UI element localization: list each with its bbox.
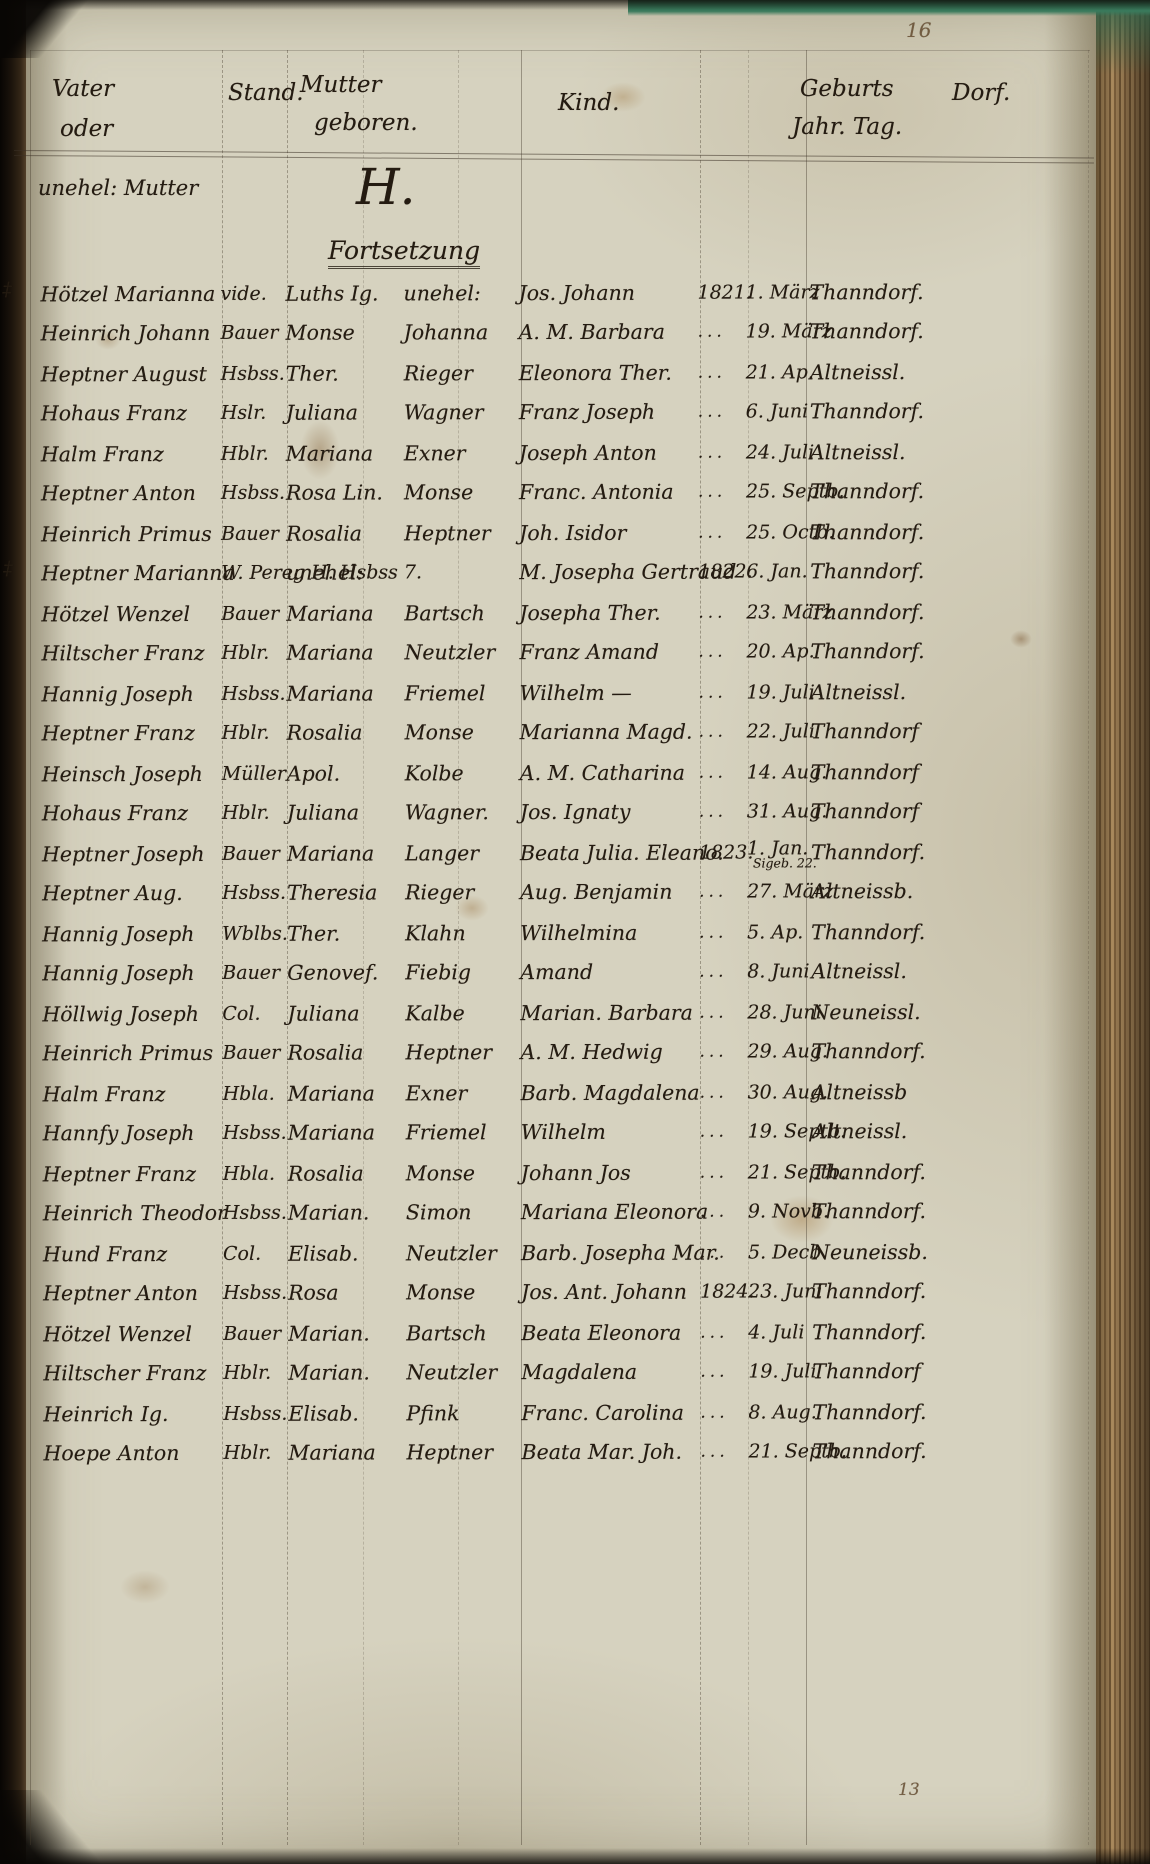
register-row: Hannfy Joseph Hsbss. Mariana Friemel Wil…: [31, 1111, 1093, 1154]
mother-surname: unehel:: [403, 281, 518, 305]
birth-day-text: 25. Septb.: [746, 480, 845, 502]
register-row: Hohaus Franz Hslr. Juliana Wagner Franz …: [29, 391, 1091, 434]
birth-day-text: 9. Novb.: [748, 1200, 829, 1222]
father-name: Hötzel Marianna: [28, 282, 220, 307]
register-row: Hannig Joseph Bauer Genovef. Fiebig Aman…: [30, 951, 1092, 994]
father-name: Heptner Marianna: [29, 561, 221, 586]
father-name: Heptner August: [29, 362, 221, 387]
mother-surname: Neutzler: [404, 640, 519, 664]
village-name: Thanndorf.: [805, 840, 1092, 865]
status-abbreviation: Müller: [222, 763, 287, 785]
birth-day: 21. Septb.: [748, 1161, 806, 1183]
birth-year: ...: [698, 322, 746, 342]
birth-day-text: 5. Decb.: [748, 1241, 828, 1263]
child-name: Barb. Josepha Mar.: [521, 1241, 700, 1265]
margin-mark: ‡: [3, 557, 13, 579]
child-name: Wilhelm: [521, 1120, 700, 1144]
father-name: Halm Franz: [31, 1082, 223, 1107]
mother-surname: Monse: [406, 1280, 521, 1304]
status-abbreviation: Hsbss.: [223, 1403, 288, 1425]
father-name: Hannig Joseph: [30, 682, 222, 707]
birth-year: 1822.: [698, 561, 746, 583]
birth-year: ...: [698, 482, 746, 502]
birth-day-text: 19. Juli: [747, 681, 815, 703]
birth-day: 8. Juni: [747, 960, 805, 982]
mother-surname: Bartsch: [404, 601, 519, 625]
mother-given-name: Juliana: [287, 1001, 405, 1025]
birth-year: ...: [700, 1442, 748, 1462]
birth-year: ...: [700, 1083, 748, 1103]
status-abbreviation: Hsbss.: [221, 363, 286, 385]
mother-given-name: Theresia: [287, 880, 405, 904]
birth-day-note: Sigeb. 22.: [753, 859, 805, 867]
birth-day: 8. Aug.: [748, 1401, 806, 1423]
birth-day-text: 1. März: [745, 281, 819, 303]
mother-surname: Neutzler: [406, 1360, 521, 1384]
father-name: Hötzel Wenzel: [31, 1322, 223, 1347]
status-abbreviation: Hblr.: [223, 1362, 288, 1384]
father-name: Höllwig Joseph: [30, 1002, 222, 1027]
status-abbreviation: Hblr.: [221, 443, 286, 465]
birth-day-text: 20. Ap.: [746, 640, 814, 662]
mother-given-name: Elisab.: [288, 1241, 406, 1265]
child-name: Wilhelm —: [520, 681, 699, 705]
mother-surname: Wagner: [404, 400, 519, 424]
birth-day-text: 21. Septb.: [748, 1161, 847, 1183]
birth-year: 1824.: [700, 1281, 748, 1303]
birth-year: 1821.: [697, 282, 745, 304]
birth-day-text: 30. Aug.: [748, 1081, 828, 1103]
register-row: Heinrich Theodor Hsbss. Marian. Simon Ma…: [31, 1191, 1093, 1234]
birth-day-text: 24. Juli: [746, 441, 814, 463]
father-name: Hiltscher Franz: [29, 641, 221, 666]
child-name: A. M. Catharina: [520, 761, 699, 785]
mother-given-name: Mariana: [288, 1440, 406, 1464]
birth-day: 1. März: [745, 281, 803, 303]
mother-given-name: Rosalia: [288, 1161, 406, 1185]
status-abbreviation: Hblr.: [221, 642, 286, 664]
register-row: ‡ Hötzel Marianna vide. Luths Ig. unehel…: [28, 272, 1090, 315]
birth-year: ...: [699, 1003, 747, 1023]
birth-day: 4. Juli: [748, 1321, 806, 1343]
birth-day: 28. Juni: [747, 1001, 805, 1023]
birth-year: ...: [699, 722, 747, 742]
birth-year: ...: [699, 1042, 747, 1062]
mother-surname: Kolbe: [405, 761, 520, 785]
status-abbreviation: Bauer: [221, 523, 286, 545]
mother-given-name: Mariana: [286, 640, 404, 664]
birth-day-text: 19. Septb.: [748, 1120, 847, 1142]
mother-given-name: Monse: [286, 320, 404, 344]
birth-year: 1823.: [699, 842, 747, 864]
village-name: Thanndorf.: [804, 520, 1091, 545]
child-name: Beata Eleonora: [521, 1321, 700, 1345]
village-name: Thanndorf: [805, 719, 1092, 744]
mother-given-name: Marian.: [288, 1200, 406, 1224]
father-name: Heinrich Primus: [29, 522, 221, 547]
birth-day: 31. Aug.: [747, 800, 805, 822]
mother-surname: Fiebig: [405, 960, 520, 984]
column-header-mother-line2: geboren.: [314, 110, 418, 136]
birth-year: ...: [699, 683, 747, 703]
village-name: Altneissl.: [805, 959, 1092, 984]
register-row: Heinrich Primus Bauer Rosalia Heptner Jo…: [29, 512, 1091, 555]
birth-year: ...: [700, 1362, 748, 1382]
mother-surname: Friemel: [405, 681, 520, 705]
village-name: Thanndorf.: [804, 399, 1091, 424]
register-row: Hiltscher Franz Hblr. Mariana Neutzler F…: [29, 631, 1091, 674]
village-name: Thanndorf: [805, 799, 1092, 824]
birth-day-text: 31. Aug.: [747, 800, 827, 822]
birth-day: 14. Aug.: [747, 761, 805, 783]
register-row: ‡ Heptner Marianna W. Pereg H. Hsbss 7. …: [29, 551, 1091, 594]
status-abbreviation: Bauer: [222, 962, 287, 984]
margin-note: unehel: Mutter: [38, 176, 198, 200]
child-name: Joseph Anton: [519, 441, 698, 465]
birth-year: ...: [700, 1163, 748, 1183]
mother-surname: Neutzler: [406, 1241, 521, 1265]
birth-day: 19. Septb.: [748, 1120, 806, 1142]
child-name: Josepha Ther.: [519, 601, 698, 625]
register-row: Heptner Franz Hbla. Rosalia Monse Johann…: [31, 1152, 1093, 1195]
mother-surname: Monse: [404, 480, 519, 504]
mother-surname: Heptner: [404, 521, 519, 545]
mother-surname: Monse: [406, 1161, 521, 1185]
father-name: Hötzel Wenzel: [29, 602, 221, 627]
village-name: Thanndorf.: [806, 1279, 1093, 1304]
father-name: Hohaus Franz: [30, 801, 222, 826]
father-name: Heptner Anton: [31, 1281, 223, 1306]
birth-day: 25. Septb.: [746, 480, 804, 502]
birth-day: 6. Jan.: [746, 560, 804, 582]
child-name: Wilhelmina: [520, 921, 699, 945]
top-ruling: [30, 50, 1090, 51]
father-name: Heptner Franz: [30, 721, 222, 746]
village-name: Thanndorf.: [805, 920, 1092, 945]
child-name: Eleonora Ther.: [519, 361, 698, 385]
village-name: Thanndorf.: [804, 559, 1091, 584]
register-row: Hohaus Franz Hblr. Juliana Wagner. Jos. …: [30, 791, 1092, 834]
mother-given-name: Apol.: [287, 761, 405, 785]
child-name: Beata Julia. Eleano.: [520, 841, 699, 865]
status-abbreviation: Hbla.: [223, 1083, 288, 1105]
mother-given-name: Mariana: [288, 1081, 406, 1105]
status-abbreviation: Hsbss.: [223, 1282, 288, 1304]
village-name: Thanndorf.: [806, 1400, 1093, 1425]
register-rows: ‡ Hötzel Marianna vide. Luths Ig. unehel…: [28, 271, 1093, 1474]
birth-day-text: 23. Juni: [748, 1280, 822, 1302]
village-name: Thanndorf: [806, 1359, 1093, 1384]
mother-given-name: Rosalia: [287, 720, 405, 744]
register-row: Heptner August Hsbss. Ther. Rieger Eleon…: [29, 352, 1091, 395]
mother-surname: Rieger: [404, 361, 519, 385]
mother-given-name: Ther.: [287, 921, 405, 945]
birth-day-text: 19. März: [746, 320, 832, 342]
column-header-mother-line1: Mutter: [300, 72, 381, 98]
mother-given-name: Mariana: [287, 841, 405, 865]
birth-day-text: 21. Ap.: [746, 361, 814, 383]
birth-day-text: 8. Juni: [747, 960, 809, 982]
village-name: Thanndorf.: [803, 280, 1090, 305]
village-name: Altneissl.: [804, 440, 1091, 465]
status-abbreviation: Col.: [223, 1243, 288, 1265]
birth-year: ...: [699, 923, 747, 943]
register-row: Heptner Anton Hsbss. Rosa Monse Jos. Ant…: [31, 1271, 1093, 1314]
status-abbreviation: Hblr.: [223, 1442, 288, 1464]
child-name: Joh. Isidor: [519, 521, 698, 545]
child-name: Beata Mar. Joh.: [521, 1440, 700, 1464]
birth-day-text: 8. Aug.: [748, 1401, 816, 1423]
register-row: Heptner Aug. Hsbss. Theresia Rieger Aug.…: [30, 871, 1092, 914]
father-name: Hannig Joseph: [30, 961, 222, 986]
status-abbreviation: Hsbss.: [222, 683, 287, 705]
birth-day-text: 19. Juli: [748, 1360, 816, 1382]
mother-given-name: Mariana: [288, 1120, 406, 1144]
birth-day-text: 28. Juni: [747, 1001, 821, 1023]
status-abbreviation: Hbla.: [223, 1163, 288, 1185]
birth-day: 1. Jan.Sigeb. 22.: [747, 837, 805, 867]
bottom-edge-shadow: [0, 1848, 1150, 1864]
village-name: Thanndorf.: [805, 1039, 1092, 1064]
father-name: Hoepe Anton: [31, 1441, 223, 1466]
register-row: Heinsch Joseph Müller Apol. Kolbe A. M. …: [30, 752, 1092, 795]
birth-day: 20. Ap.: [746, 640, 804, 662]
status-abbreviation: Bauer: [222, 1042, 287, 1064]
father-name: Hund Franz: [31, 1242, 223, 1267]
mother-surname: Exner: [404, 441, 519, 465]
mother-surname: Heptner: [405, 1040, 520, 1064]
mother-given-name: Juliana: [287, 800, 405, 824]
mother-surname: Kalbe: [405, 1001, 520, 1025]
child-name: Jos. Ant. Johann: [521, 1280, 700, 1304]
village-name: Thanndorf.: [806, 1199, 1093, 1224]
birth-day: 30. Aug.: [748, 1081, 806, 1103]
status-abbreviation: Bauer: [223, 1323, 288, 1345]
mother-given-name: Rosa Lin.: [286, 480, 404, 504]
birth-year: ...: [700, 1202, 748, 1222]
scanned-register-page: Vater oder Stand. Mutter geboren. Kind. …: [0, 0, 1150, 1864]
register-row: Hannig Joseph Wblbs. Ther. Klahn Wilhelm…: [30, 912, 1092, 955]
mother-surname: Pfink: [406, 1401, 521, 1425]
village-name: Altneissb.: [805, 879, 1092, 904]
village-name: Altneissb: [806, 1080, 1093, 1105]
birth-day: 6. Juni: [746, 400, 804, 422]
birth-day-text: 27. März: [747, 880, 833, 902]
birth-day-text: 29. Aug.: [747, 1040, 827, 1062]
register-row: Hannig Joseph Hsbss. Mariana Friemel Wil…: [29, 672, 1091, 715]
register-row: Heinrich Primus Bauer Rosalia Heptner A.…: [30, 1031, 1092, 1074]
page-number: 16: [906, 18, 931, 42]
mother-given-name: Elisab.: [288, 1401, 406, 1425]
status-abbreviation: Bauer: [222, 843, 287, 865]
mother-surname: Bartsch: [406, 1321, 521, 1345]
register-row: Heptner Joseph Bauer Mariana Langer Beat…: [30, 832, 1092, 875]
status-abbreviation: Hsbss.: [222, 882, 287, 904]
mother-surname: Monse: [405, 720, 520, 744]
village-name: Neuneissb.: [806, 1240, 1093, 1265]
mother-given-name: Marian.: [288, 1321, 406, 1345]
child-name: Franz Joseph: [519, 400, 698, 424]
village-name: Thanndorf.: [804, 600, 1091, 625]
birth-year: ...: [700, 1122, 748, 1142]
birth-day-text: 6. Jan.: [746, 560, 807, 582]
child-name: A. M. Hedwig: [520, 1040, 699, 1064]
register-row: Hötzel Wenzel Bauer Marian. Bartsch Beat…: [31, 1312, 1093, 1355]
birth-day-text: 23. März: [746, 601, 832, 623]
top-edge-shadow: [0, 0, 1150, 10]
birth-day: 21. Ap.: [746, 361, 804, 383]
village-name: Altneissl.: [804, 360, 1091, 385]
margin-mark: ‡: [2, 278, 12, 300]
birth-day-text: 5. Ap.: [747, 921, 803, 943]
mother-given-name: Marian.: [288, 1360, 406, 1384]
father-name: Heptner Joseph: [30, 842, 222, 867]
birth-year: ...: [698, 603, 746, 623]
page-edges: [1096, 0, 1150, 1864]
status-abbreviation: Hsbss.: [223, 1202, 288, 1224]
child-name: Mariana Eleonora: [521, 1200, 700, 1224]
status-abbreviation: Col.: [222, 1003, 287, 1025]
birth-day: 29. Aug.: [747, 1040, 805, 1062]
mother-surname: Rieger: [405, 880, 520, 904]
birth-year: ...: [698, 402, 746, 422]
child-name: Jos. Johann: [518, 281, 697, 305]
father-name: Heptner Aug.: [30, 881, 222, 906]
mother-surname: Johanna: [404, 320, 519, 344]
birth-day-text: 14. Aug.: [747, 761, 827, 783]
birth-day: 23. März: [746, 601, 804, 623]
status-abbreviation: Hblr.: [222, 722, 287, 744]
father-name: Halm Franz: [29, 442, 221, 467]
mother-surname: Wagner.: [405, 800, 520, 824]
birth-day: 23. Juni: [748, 1280, 806, 1302]
birth-day-text: 4. Juli: [748, 1321, 804, 1343]
village-name: Altneissl.: [806, 1119, 1093, 1144]
mother-surname: Heptner: [406, 1440, 521, 1464]
birth-day: 21. Septb.: [748, 1440, 806, 1462]
register-row: Hund Franz Col. Elisab. Neutzler Barb. J…: [31, 1232, 1093, 1275]
child-name: M. Josepha Gertraud: [519, 560, 698, 584]
section-letter: H.: [356, 158, 416, 216]
birth-day-text: 22. Juli: [747, 720, 815, 742]
column-header-child: Kind.: [558, 90, 619, 116]
mother-surname: Simon: [406, 1200, 521, 1224]
village-name: Altneissl.: [804, 680, 1091, 705]
child-name: Amand: [520, 960, 699, 984]
child-name: Jos. Ignaty: [520, 800, 699, 824]
child-name: Franc. Antonia: [519, 480, 698, 504]
child-name: Johann Jos: [521, 1161, 700, 1185]
child-name: Franz Amand: [519, 640, 698, 664]
birth-year: ...: [699, 802, 747, 822]
birth-day-text: 6. Juni: [746, 400, 808, 422]
village-name: Neuneissl.: [805, 1000, 1092, 1025]
column-header-birth-line2: Jahr. Tag.: [792, 114, 902, 140]
birth-day: 5. Ap.: [747, 921, 805, 943]
register-row: Hoepe Anton Hblr. Mariana Heptner Beata …: [31, 1431, 1093, 1474]
page-corner-shadow: [0, 1790, 110, 1864]
child-name: Marian. Barbara: [520, 1001, 699, 1025]
village-name: Thanndorf.: [806, 1320, 1093, 1345]
register-row: Heinrich Johann Bauer Monse Johanna A. M…: [29, 311, 1091, 354]
mother-given-name: Rosalia: [287, 1040, 405, 1064]
register-row: Halm Franz Hbla. Mariana Exner Barb. Mag…: [31, 1072, 1093, 1115]
birth-day: 9. Novb.: [748, 1200, 806, 1222]
status-abbreviation: Wblbs.: [222, 923, 287, 945]
column-header-father-line1: Vater: [52, 76, 114, 102]
birth-day: 19. Juli: [747, 681, 805, 703]
child-name: Marianna Magd.: [520, 720, 699, 744]
birth-day-text: 21. Septb.: [748, 1440, 847, 1462]
village-name: Thanndorf.: [804, 639, 1091, 664]
father-name: Heptner Anton: [29, 481, 221, 506]
village-name: Thanndorf.: [806, 1160, 1093, 1185]
birth-year: ...: [698, 443, 746, 463]
column-header-father-line2: oder: [60, 116, 113, 142]
birth-day: 19. März: [746, 320, 804, 342]
village-name: Thanndorf.: [806, 1439, 1093, 1464]
father-name: Hohaus Franz: [29, 401, 221, 426]
mother-given-name: Rosalia: [286, 521, 404, 545]
birth-day: 25. Octb.: [746, 521, 804, 543]
column-header-birth-line1: Geburts: [800, 76, 894, 102]
mother-surname: Langer: [405, 841, 520, 865]
register-row: Heinrich Ig. Hsbss. Elisab. Pfink Franc.…: [31, 1392, 1093, 1435]
child-name: A. M. Barbara: [519, 320, 698, 344]
birth-day: 24. Juli: [746, 441, 804, 463]
father-name: Heinsch Joseph: [30, 762, 222, 787]
status-abbreviation: W. Pereg H. Hsbss 7.: [221, 562, 286, 584]
status-abbreviation: Hslr.: [221, 402, 286, 424]
birth-day-text: 25. Octb.: [746, 521, 834, 543]
birth-year: ...: [698, 363, 746, 383]
father-name: Hannfy Joseph: [31, 1121, 223, 1146]
father-name: Heinrich Theodor: [31, 1201, 223, 1226]
status-abbreviation: Bauer: [221, 322, 286, 344]
birth-year: ...: [699, 763, 747, 783]
column-header-stand: Stand.: [228, 80, 304, 106]
status-abbreviation: Hsbss.: [221, 482, 286, 504]
father-name: Hiltscher Franz: [31, 1361, 223, 1386]
mother-given-name: Juliana: [286, 400, 404, 424]
register-row: Halm Franz Hblr. Mariana Exner Joseph An…: [29, 432, 1091, 475]
birth-year: ...: [698, 523, 746, 543]
village-name: Thanndorf: [805, 760, 1092, 785]
village-name: Thanndorf.: [804, 479, 1091, 504]
register-row: Höllwig Joseph Col. Juliana Kalbe Marian…: [30, 992, 1092, 1035]
birth-year: ...: [699, 962, 747, 982]
birth-year: ...: [700, 1403, 748, 1423]
status-abbreviation: vide.: [220, 283, 285, 305]
register-row: Hötzel Wenzel Bauer Mariana Bartsch Jose…: [29, 592, 1091, 635]
status-abbreviation: Hsbss.: [223, 1122, 288, 1144]
mother-given-name: Rosa: [288, 1280, 406, 1304]
mother-surname: Friemel: [406, 1120, 521, 1144]
birth-year: ...: [700, 1323, 748, 1343]
bottom-number: 13: [898, 1780, 920, 1800]
mother-given-name: Genovef.: [287, 960, 405, 984]
birth-day: 5. Decb.: [748, 1241, 806, 1263]
mother-given-name: unehel:: [286, 560, 404, 584]
section-subtitle: Fortsetzung: [328, 236, 480, 269]
father-name: Heptner Franz: [31, 1162, 223, 1187]
mother-surname: Exner: [406, 1081, 521, 1105]
father-name: Heinrich Primus: [30, 1041, 222, 1066]
child-name: Magdalena: [521, 1360, 700, 1384]
father-name: Hannig Joseph: [30, 922, 222, 947]
mother-given-name: Mariana: [286, 601, 404, 625]
father-name: Heinrich Johann: [29, 321, 221, 346]
